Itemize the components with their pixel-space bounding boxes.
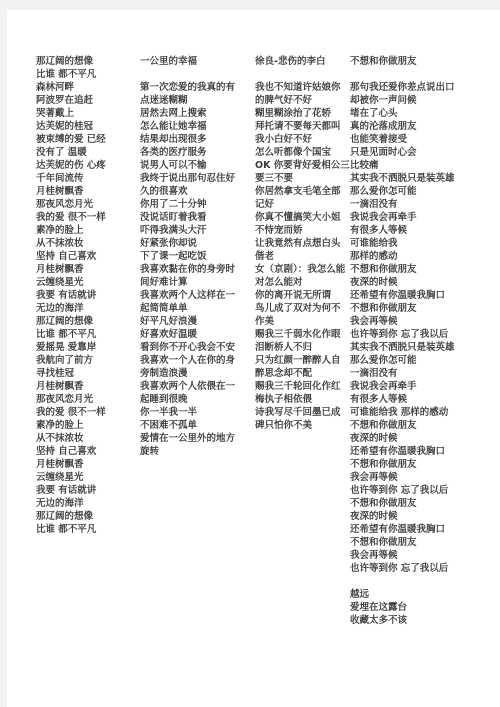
- lyric-line: 坚持 自己喜欢: [36, 250, 106, 263]
- blank-line: [140, 68, 235, 81]
- lyric-line: 森林河畔: [36, 81, 106, 94]
- lyric-line: 你居然拿支毛笔全部: [255, 185, 350, 198]
- lyric-line: 泪断桥人不归: [255, 341, 350, 354]
- lyric-line: 越远: [350, 588, 455, 601]
- lyric-line: 你一半我一半: [140, 406, 235, 419]
- lyric-line: 寻找桂冠: [36, 367, 106, 380]
- lyric-line: 一滴泪没有: [350, 198, 455, 211]
- lyric-line: 那夜风恋月光: [36, 393, 106, 406]
- lyric-line: 我要 有话就讲: [36, 289, 106, 302]
- lyric-line: 记好: [255, 198, 350, 211]
- lyric-line: 坚持 自己喜欢: [36, 445, 106, 458]
- lyric-line: 从不抹浓妆: [36, 237, 106, 250]
- lyric-line: 让我竟然有点想白头: [255, 237, 350, 250]
- lyric-line: 也能笑着接受: [350, 133, 455, 146]
- lyric-line: 你用了二十分钟: [140, 198, 235, 211]
- lyric-line: 说男人可以不输: [140, 159, 235, 172]
- lyric-line: 素净的脸上: [36, 224, 106, 237]
- lyric-line: 素净的脸上: [36, 419, 106, 432]
- lyric-line: 吓得我满头大汗: [140, 224, 235, 237]
- lyric-line: 还希望有你温暖我胸口: [350, 523, 455, 536]
- lyric-line: 还希望有你温暖我胸口: [350, 445, 455, 458]
- lyric-line: 月桂树飘香: [36, 458, 106, 471]
- lyric-line: 也许等到你 忘了我以后: [350, 328, 455, 341]
- lyric-line: 你真不懂搞笑大小姐: [255, 211, 350, 224]
- lyric-line: 爱埋在这露台: [350, 601, 455, 614]
- lyric-line: 怎么能让她幸福: [140, 120, 235, 133]
- lyric-line: 不想和你做朋友: [350, 497, 455, 510]
- page-top-margin: [0, 0, 500, 10]
- lyric-line: 起简简单单: [140, 302, 235, 315]
- lyric-line: 旋转: [140, 445, 235, 458]
- lyric-line: 碑只怕你不美: [255, 419, 350, 432]
- lyric-line: 的脾气好不好: [255, 94, 350, 107]
- blank-line: [350, 575, 455, 588]
- lyric-line: 诗我写尽千回墨已成: [255, 406, 350, 419]
- lyric-line: 哭著戴上: [36, 107, 106, 120]
- lyric-line: 看到你不开心我会不安: [140, 341, 235, 354]
- song-title: 一公里的幸福: [140, 55, 235, 68]
- lyric-line: 我会再等候: [350, 549, 455, 562]
- lyric-line: 夜深的时候: [350, 432, 455, 445]
- lyric-line: 比较痛: [350, 159, 455, 172]
- lyric-line: 我要 有话就讲: [36, 484, 106, 497]
- lyric-line: 不想和你做朋友: [350, 419, 455, 432]
- song-title: 徐良-悲伤的李白: [255, 55, 350, 68]
- lyric-line: 我终于说出那句忍住好: [140, 172, 235, 185]
- lyric-line: 不想和你做朋友: [350, 263, 455, 276]
- page-left-margin: [0, 10, 7, 707]
- lyric-line: 比谁 都不平凡: [36, 68, 106, 81]
- lyric-line: 却被你一声问候: [350, 94, 455, 107]
- lyric-line: 作美: [255, 315, 350, 328]
- lyric-line: 我的爱 很不一样: [36, 406, 106, 419]
- lyric-line: 我的爱 很不一样: [36, 211, 106, 224]
- lyric-line: 拜托请不要每天都叫: [255, 120, 350, 133]
- lyric-line: 月桂树飘香: [36, 263, 106, 276]
- lyric-line: 那辽阔的想像: [36, 55, 106, 68]
- lyric-line: 只是见面时心会: [350, 146, 455, 159]
- lyric-line: 好喜欢好温暖: [140, 328, 235, 341]
- lyric-line: 月桂树飘香: [36, 185, 106, 198]
- lyric-line: 那句我还爱你差点说出口: [350, 81, 455, 94]
- lyric-line: 赐我三千轮回化作红: [255, 380, 350, 393]
- lyric-line: 糊里糊涂抬了花轿: [255, 107, 350, 120]
- lyric-line: 夜深的时候: [350, 276, 455, 289]
- lyric-line: 偕老: [255, 250, 350, 263]
- lyric-line: 也许等到你 忘了我以后: [350, 484, 455, 497]
- lyric-line: 云缠绕星光: [36, 471, 106, 484]
- lyric-line: 女（京剧）：我怎么能: [255, 263, 350, 276]
- lyric-line: 那夜风恋月光: [36, 198, 106, 211]
- blank-line: [255, 68, 350, 81]
- lyric-line: 各类的医疗服务: [140, 146, 235, 159]
- lyric-line: OK 你要背好爱相公三: [255, 159, 350, 172]
- lyric-line: 还希望有你温暖我胸口: [350, 289, 455, 302]
- lyric-line: 无边的海洋: [36, 302, 106, 315]
- lyric-line: 我小白好不好: [255, 133, 350, 146]
- lyric-line: 爱摇晃 爱靠岸: [36, 341, 106, 354]
- song-title: 不想和你做朋友: [350, 55, 455, 68]
- lyric-line: 我会再等候: [350, 315, 455, 328]
- lyric-line: 夜深的时候: [350, 510, 455, 523]
- lyric-line: 那样的感动: [350, 250, 455, 263]
- lyric-line: 只为红颜一醉醉人自: [255, 354, 350, 367]
- lyrics-column-4: 不想和你做朋友 那句我还爱你差点说出口却被你一声问候 堵在了心头真的沦落成朋友也…: [350, 55, 455, 627]
- lyric-line: 达芙妮的伤 心疼: [36, 159, 106, 172]
- lyric-line: 比谁 都不平凡: [36, 328, 106, 341]
- lyric-line: 不想和你做朋友: [350, 536, 455, 549]
- lyric-line: 好平凡好浪漫: [140, 315, 235, 328]
- lyric-line: 第一次恋爱的我真的有: [140, 81, 235, 94]
- lyric-line: 我也不知道许姑娘你: [255, 81, 350, 94]
- lyric-line: 千年间流传: [36, 172, 106, 185]
- lyric-line: 那么爱你怎可能: [350, 354, 455, 367]
- lyric-line: 阿波罗在追赶: [36, 94, 106, 107]
- lyric-line: 那么爱你怎可能: [350, 185, 455, 198]
- lyric-line: 好紧张你却说: [140, 237, 235, 250]
- lyric-line: 收藏太多不该: [350, 614, 455, 627]
- lyric-line: 我航向了前方: [36, 354, 106, 367]
- lyric-line: 醉思念却不配: [255, 367, 350, 380]
- lyric-line: 怎么听都像个国宝: [255, 146, 350, 159]
- lyric-line: 梅执子相依偎: [255, 393, 350, 406]
- lyric-line: 我喜欢两个人依偎在一: [140, 380, 235, 393]
- lyric-line: 真的沦落成朋友: [350, 120, 455, 133]
- lyric-line: 有很多人等候: [350, 393, 455, 406]
- lyric-line: 我会再等候: [350, 471, 455, 484]
- lyrics-document-page: 那辽阔的想像比谁 都不平凡森林河畔阿波罗在追赶哭著戴上达芙妮的桂冠被束缚的爱 已…: [0, 0, 500, 707]
- lyric-line: 可谁能给我: [350, 237, 455, 250]
- lyric-line: 居然去网上搜索: [140, 107, 235, 120]
- lyric-line: 久的很喜欢: [140, 185, 235, 198]
- lyric-line: 不想和你做朋友: [350, 302, 455, 315]
- lyric-line: 没有了 温暖: [36, 146, 106, 159]
- lyric-line: 间好难计算: [140, 276, 235, 289]
- lyric-line: 我说我会再牵手: [350, 380, 455, 393]
- lyric-line: 我喜欢一个人在你的身: [140, 354, 235, 367]
- lyric-line: 比谁 都不平凡: [36, 523, 106, 536]
- lyric-line: 不困难不孤单: [140, 419, 235, 432]
- lyric-line: 没说话盯着我看: [140, 211, 235, 224]
- lyrics-column-3: 徐良-悲伤的李白 我也不知道许姑娘你的脾气好不好糊里糊涂抬了花轿拜托请不要每天都…: [255, 55, 350, 432]
- lyric-line: 旁制造浪漫: [140, 367, 235, 380]
- lyric-line: 不想和你做朋友: [350, 458, 455, 471]
- lyric-line: 那辽阔的想像: [36, 315, 106, 328]
- lyric-line: 要三不要: [255, 172, 350, 185]
- lyric-line: 无边的海洋: [36, 497, 106, 510]
- lyrics-column-2: 一公里的幸福 第一次恋爱的我真的有点迷迷糊糊居然去网上搜索怎么能让她幸福结果却出…: [140, 55, 235, 458]
- lyric-line: 你的离开说无所谓: [255, 289, 350, 302]
- lyric-line: 鸟儿成了双对为何不: [255, 302, 350, 315]
- lyric-line: 月桂树飘香: [36, 380, 106, 393]
- lyric-line: 有很多人等候: [350, 224, 455, 237]
- lyric-line: 赐我三千弱水化作眼: [255, 328, 350, 341]
- lyric-line: 被束缚的爱 已经: [36, 133, 106, 146]
- lyric-line: 下了课一起吃饭: [140, 250, 235, 263]
- lyric-line: 可谁能给我 那样的感动: [350, 406, 455, 419]
- lyric-line: 结果却出现很多: [140, 133, 235, 146]
- lyric-line: 对怎么能对: [255, 276, 350, 289]
- lyric-line: 也许等到你 忘了我以后: [350, 562, 455, 575]
- lyric-line: 我说我会再牵手: [350, 211, 455, 224]
- lyric-line: 我喜欢两个人这样在一: [140, 289, 235, 302]
- lyric-line: 那辽阔的想像: [36, 510, 106, 523]
- lyric-line: 不恃宠而娇: [255, 224, 350, 237]
- lyrics-column-1: 那辽阔的想像比谁 都不平凡森林河畔阿波罗在追赶哭著戴上达芙妮的桂冠被束缚的爱 已…: [36, 55, 106, 536]
- lyric-line: 点迷迷糊糊: [140, 94, 235, 107]
- lyric-line: 堵在了心头: [350, 107, 455, 120]
- lyric-line: 其实我不洒脱只是装英雄: [350, 341, 455, 354]
- lyric-line: 一滴泪没有: [350, 367, 455, 380]
- lyric-line: 达芙妮的桂冠: [36, 120, 106, 133]
- lyric-line: 云缠绕星光: [36, 276, 106, 289]
- lyric-line: 其实我不洒脱只是装英雄: [350, 172, 455, 185]
- lyric-line: 从不抹浓妆: [36, 432, 106, 445]
- lyric-line: 起睡到很晚: [140, 393, 235, 406]
- blank-line: [350, 68, 455, 81]
- lyric-line: 我喜欢黏在你的身旁时: [140, 263, 235, 276]
- lyric-line: 爱情在一公里外的地方: [140, 432, 235, 445]
